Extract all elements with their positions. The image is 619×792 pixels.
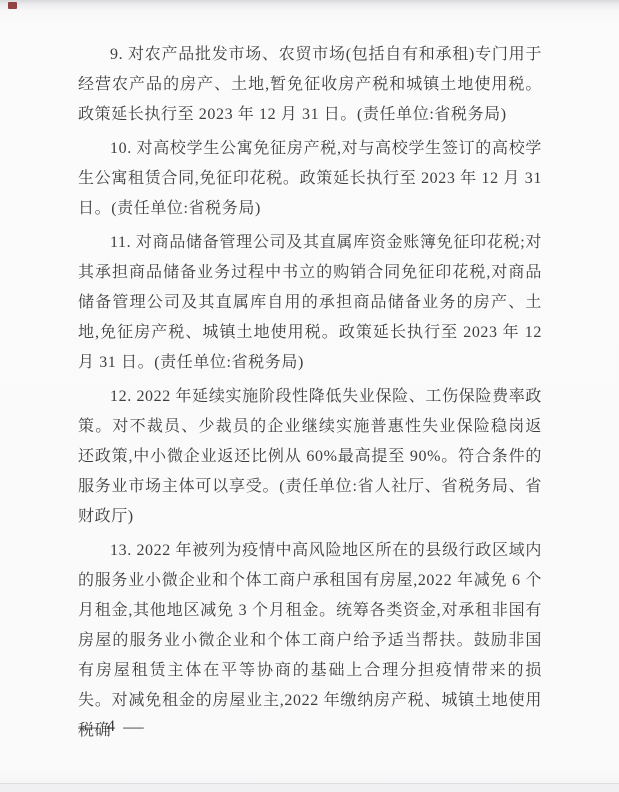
paragraph-item-12: 12. 2022 年延续实施阶段性降低失业保险、工伤保险费率政策。对不裁员、少裁… bbox=[78, 382, 542, 532]
paragraph-item-9: 9. 对农产品批发市场、农贸市场(包括自有和承租)专门用于经营农产品的房产、土地… bbox=[78, 40, 542, 130]
page-number-dash-left: — bbox=[78, 717, 98, 737]
page-number-dash-right: — bbox=[123, 717, 143, 737]
paragraph-item-11: 11. 对商品储备管理公司及其直属库资金账簿免征印花税;对其承担商品储备业务过程… bbox=[78, 228, 542, 378]
page-top-edge bbox=[0, 0, 619, 10]
document-page: 9. 对农产品批发市场、农贸市场(包括自有和承租)专门用于经营农产品的房产、土地… bbox=[0, 0, 619, 792]
scan-artifact-mark bbox=[8, 2, 17, 9]
paragraph-item-10: 10. 对高校学生公寓免征房产税,对与高校学生签订的高校学生公寓租赁合同,免征印… bbox=[78, 134, 542, 224]
page-number: — 4 — bbox=[80, 717, 142, 737]
paragraph-item-13: 13. 2022 年被列为疫情中高风险地区所在的县级行政区域内的服务业小微企业和… bbox=[78, 536, 542, 746]
document-content: 9. 对农产品批发市场、农贸市场(包括自有和承租)专门用于经营农产品的房产、土地… bbox=[78, 40, 542, 750]
page-bottom-edge bbox=[0, 783, 619, 792]
page-number-value: 4 bbox=[107, 718, 115, 736]
